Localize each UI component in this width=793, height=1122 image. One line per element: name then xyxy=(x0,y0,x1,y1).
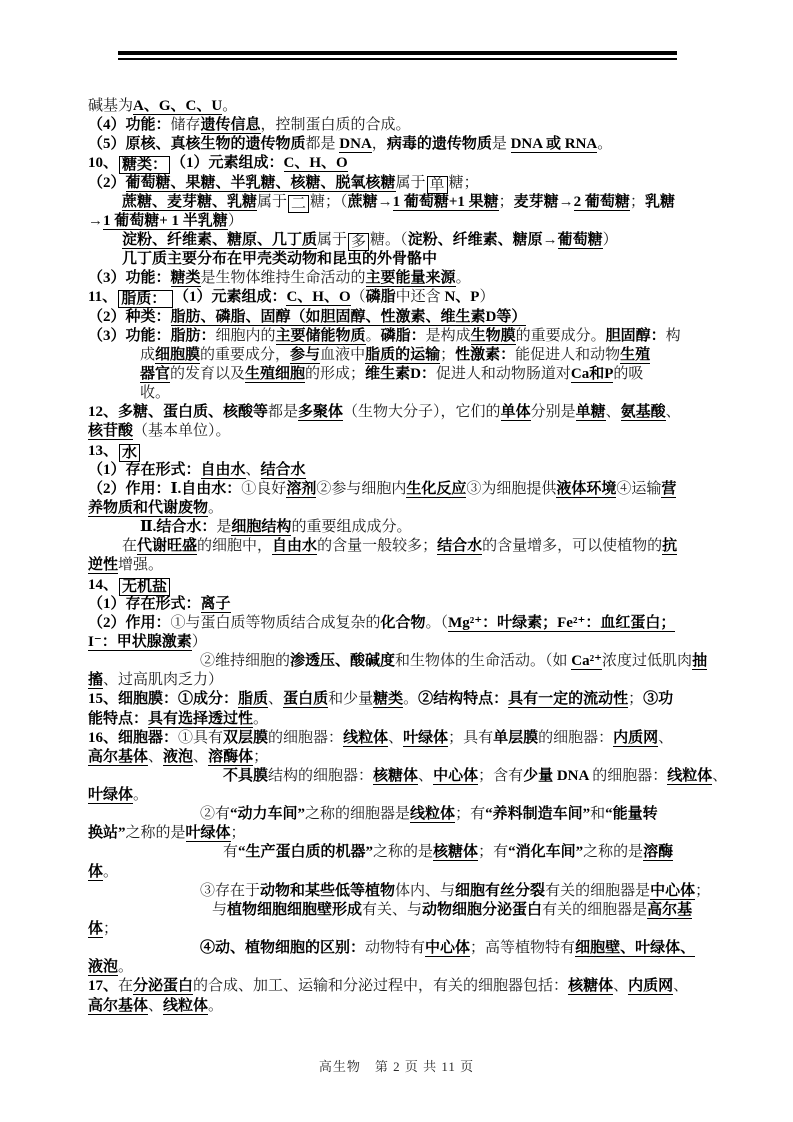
text-segment: 蔗糖 xyxy=(348,194,378,210)
text-segment: ； xyxy=(231,825,246,841)
text-line: ③存在于动物和某些低等植物体内、与细胞有丝分裂有关的细胞器是中心体； xyxy=(88,882,716,901)
text-segment: 的细胞中， xyxy=(197,538,272,554)
text-segment: 生化反应 xyxy=(406,481,466,498)
text-segment: ） xyxy=(192,634,207,650)
text-segment: 单体 xyxy=(501,404,531,421)
text-segment: 生殖细胞 xyxy=(245,366,305,383)
text-segment: ； xyxy=(440,347,455,363)
text-segment: 溶酶 xyxy=(643,844,673,861)
text-segment: （基本单位）。 xyxy=(133,423,231,439)
text-segment: 11、 xyxy=(88,289,117,305)
text-line: 收。 xyxy=(88,384,716,403)
text-segment: 、 xyxy=(148,998,163,1014)
text-segment: 的细胞器： xyxy=(268,730,343,746)
text-segment: ②维持细胞的 xyxy=(200,653,290,669)
text-line: 器官的发育以及生殖细胞的形成；维生素D：促进人和动物肠道对Ca和P的吸 xyxy=(88,365,716,384)
text-line: （2）作用：Ⅰ.自由水：①良好溶剂②参与细胞内生化反应③为细胞提供液体环境④运输… xyxy=(88,480,716,499)
text-segment: 葡萄糖、果糖、半乳糖、核糖、脱氧核糖 xyxy=(126,175,396,192)
text-segment: 13、 xyxy=(88,443,118,459)
text-segment: 维生素D： xyxy=(365,366,436,382)
text-segment: 16、细胞器： xyxy=(88,730,178,746)
text-segment: 是构成 xyxy=(426,328,471,344)
text-segment: 细胞膜 xyxy=(155,347,200,364)
text-segment: 搐 xyxy=(88,672,103,689)
text-segment: 之称的是 xyxy=(373,844,433,860)
text-line: 在代谢旺盛的细胞中，自由水的含量一般较多；结合水的含量增多，可以使植物的抗 xyxy=(88,537,716,556)
text-segment: 动物细胞分泌蛋白 xyxy=(422,902,542,918)
text-segment: 代谢旺盛 xyxy=(137,538,197,555)
text-segment: （3）功能： xyxy=(88,270,171,286)
text-segment: （5） xyxy=(88,136,126,152)
text-segment: ） xyxy=(603,232,618,248)
text-segment: 。 xyxy=(208,500,223,516)
text-segment: 1 葡萄糖+1 果糖 xyxy=(393,194,499,211)
text-segment: 14、 xyxy=(88,577,118,593)
text-segment: 。 xyxy=(253,711,268,727)
text-segment: 体 xyxy=(88,864,103,881)
text-segment: ；具有 xyxy=(448,730,493,746)
text-segment: （2） xyxy=(88,175,126,191)
text-segment: “动力车间” xyxy=(230,806,305,822)
text-segment: 细胞有丝分裂 xyxy=(455,883,545,899)
boxed-term: 二 xyxy=(288,195,309,213)
text-line: 17、在分泌蛋白的合成、加工、运输和分泌过程中，有关的细胞器包括：核糖体、内质网… xyxy=(88,977,716,996)
text-segment: “消化车间” xyxy=(508,844,583,860)
text-segment: 自由水 xyxy=(201,462,246,479)
text-segment: 高尔基体 xyxy=(88,749,148,766)
text-line: 13、水 xyxy=(88,442,716,461)
text-segment: ； xyxy=(103,921,118,937)
text-line: 有“生产蛋白质的机器”之称的是核糖体；有“消化车间”之称的是溶酶 xyxy=(88,843,716,862)
text-segment: 线粒体 xyxy=(163,998,208,1015)
boxed-term: 脂质： xyxy=(118,290,173,308)
text-segment: 养物质和代谢废物 xyxy=(88,500,208,517)
text-segment: ①与蛋白质等物质结合成复杂的 xyxy=(171,615,381,631)
page-footer: 高生物第 2 页 共 11 页 xyxy=(0,1056,793,1075)
text-segment: 的含量一般较多； xyxy=(317,538,437,554)
text-segment: → xyxy=(378,194,393,210)
text-segment: （2）作用： xyxy=(88,481,171,497)
text-line: （4）功能：储存遗传信息，控制蛋白质的合成。 xyxy=(88,116,716,135)
text-segment: 氨基酸 xyxy=(621,404,666,421)
text-segment: “养料制造车间” xyxy=(485,806,590,822)
text-segment: 细胞结构 xyxy=(231,519,291,536)
text-segment: 、 xyxy=(268,691,283,707)
text-segment: 糖； xyxy=(449,175,479,191)
text-segment: 糖类 xyxy=(171,270,201,287)
text-line: （2）作用：①与蛋白质等物质结合成复杂的化合物。（Mg²⁺：叶绿素；Fe²⁺：血… xyxy=(88,614,716,633)
text-segment: 内质网 xyxy=(628,978,673,995)
text-segment: 属于 xyxy=(257,194,287,210)
text-segment: 具有选择透过性 xyxy=(148,711,253,728)
text-segment: 高尔基 xyxy=(647,902,692,919)
text-segment: 叶绿体 xyxy=(403,730,448,747)
text-segment: 叶绿体 xyxy=(88,787,133,804)
text-segment: 结合水 xyxy=(437,538,482,555)
text-segment: 的含量增多，可以使植物的 xyxy=(482,538,662,554)
text-line: 养物质和代谢废物。 xyxy=(88,499,716,518)
text-line: （5）原核、真核生物的遗传物质都是 DNA，病毒的遗传物质是 DNA 或 RNA… xyxy=(88,135,716,154)
text-segment: 麦芽糖 xyxy=(514,194,559,210)
text-segment: 、 xyxy=(712,768,727,784)
text-line: 14、无机盐 xyxy=(88,576,716,595)
text-segment: 具有一定的流动性 xyxy=(508,691,628,708)
boxed-term: 无机盐 xyxy=(119,578,170,596)
text-segment: 的重要成分。 xyxy=(516,328,606,344)
text-segment: 植物细胞细胞壁形成 xyxy=(227,902,362,918)
text-segment: 有关的细胞器是 xyxy=(545,883,650,899)
text-segment: 与 xyxy=(212,902,227,918)
text-segment: 、 xyxy=(418,768,433,784)
text-segment: 抽 xyxy=(692,653,707,670)
text-segment: 病毒的遗传物质 xyxy=(387,136,492,152)
text-segment: 生物膜 xyxy=(471,328,516,345)
text-segment: C、H、O xyxy=(286,289,350,306)
text-segment: Ⅱ.结合水： xyxy=(140,519,216,535)
text-segment: 胆固醇： xyxy=(606,328,666,344)
text-segment: ①良好 xyxy=(241,481,286,497)
text-segment: （ xyxy=(351,289,366,305)
text-segment: （3）功能： xyxy=(88,328,171,344)
text-segment: ④运输 xyxy=(616,481,661,497)
text-segment: 。 xyxy=(208,998,223,1014)
text-segment: 、 xyxy=(673,978,688,994)
text-segment: 。 xyxy=(597,136,612,152)
text-segment: DNA 或 RNA xyxy=(511,136,598,153)
text-segment: 12、多糖、蛋白质、核酸等 xyxy=(88,404,268,420)
text-segment: 脂肪、磷脂、固醇（如胆固醇、性激素、维生素D等） xyxy=(171,309,527,326)
text-segment: （1）存在形式： xyxy=(88,462,201,478)
document-page: 碱基为A、G、C、U。（4）功能：储存遗传信息，控制蛋白质的合成。（5）原核、真… xyxy=(0,0,793,1122)
text-segment: 、 xyxy=(666,404,681,420)
text-segment: 离子 xyxy=(201,596,231,613)
text-segment: 脂肪： xyxy=(171,328,216,344)
text-line: 不具膜结构的细胞器：核糖体、中心体；含有少量 DNA 的细胞器：线粒体、 xyxy=(88,767,716,786)
text-segment: （生物大分子），它们的 xyxy=(343,404,501,420)
text-segment: 体内、与 xyxy=(395,883,455,899)
text-segment: ， xyxy=(372,136,387,152)
text-segment: （1）存在形式： xyxy=(88,596,201,612)
text-line: （2）种类：脂肪、磷脂、固醇（如胆固醇、性激素、维生素D等） xyxy=(88,308,716,327)
text-segment: 在 xyxy=(122,538,137,554)
text-segment: ③存在于 xyxy=(200,883,260,899)
text-segment: 线粒体 xyxy=(410,806,455,823)
text-segment: ；有 xyxy=(455,806,485,822)
text-line: 体； xyxy=(88,920,716,939)
text-segment: 单层膜 xyxy=(493,730,538,746)
text-segment: 营 xyxy=(661,481,676,498)
boxed-term: 糖类： xyxy=(119,156,170,174)
text-line: 几丁质主要分布在甲壳类动物和昆虫的外骨骼中 xyxy=(88,250,716,269)
text-line: 能特点：具有选择透过性。 xyxy=(88,710,716,729)
text-line: （3）功能：糖类是生物体维持生命活动的主要能量来源。 xyxy=(88,269,716,288)
text-segment: 、 xyxy=(388,730,403,746)
text-segment: （2）作用： xyxy=(88,615,171,631)
text-segment: → xyxy=(559,194,574,210)
text-segment: 。 xyxy=(366,328,381,344)
text-segment: 脂质的运输 xyxy=(365,347,440,364)
text-segment: 是 xyxy=(216,519,231,535)
text-segment: 动物和某些低等植物 xyxy=(260,883,395,899)
text-segment: C、H、O xyxy=(284,155,348,172)
text-segment: Ⅰ.自由水： xyxy=(171,481,242,497)
text-segment: 逆性 xyxy=(88,557,118,574)
text-segment: 。 xyxy=(118,959,133,975)
text-segment: 1 葡萄糖+ 1 半乳糖 xyxy=(103,213,228,230)
text-segment: 血液中 xyxy=(320,347,365,363)
text-segment: 有关、与 xyxy=(362,902,422,918)
text-segment: 的重要组成成分。 xyxy=(291,519,411,535)
text-segment: 体 xyxy=(88,921,103,938)
text-segment: 几丁质主要分布在甲壳类动物和昆虫的外骨骼中 xyxy=(122,251,437,267)
text-segment: 的合成、加工、运输和分泌过程中，有关的细胞器包括： xyxy=(193,978,568,994)
text-segment: “生产蛋白质的机器” xyxy=(238,844,373,860)
text-segment: 蔗糖、麦芽糖、乳糖 xyxy=(122,194,257,211)
text-line: 10、糖类：（1）元素组成：C、H、O xyxy=(88,154,716,173)
text-segment: 有关的细胞器是 xyxy=(542,902,647,918)
text-segment: ； xyxy=(630,194,645,210)
text-segment: 中心体 xyxy=(650,883,695,900)
text-segment: 细胞壁、叶绿体、 xyxy=(575,940,695,957)
text-segment: 双层膜 xyxy=(223,730,268,746)
text-segment: 原核、真核生物的遗传物质 xyxy=(126,136,306,152)
text-segment: 碱基为 xyxy=(88,98,133,114)
text-segment: 浓度过低肌肉 xyxy=(602,653,692,669)
text-segment: ②参与细胞内 xyxy=(316,481,406,497)
text-line: （1）存在形式：离子 xyxy=(88,595,716,614)
text-segment: 主要能量来源 xyxy=(366,270,456,287)
text-segment: 核糖体 xyxy=(373,768,418,785)
text-segment: 渗透压、酸碱度 xyxy=(290,653,395,669)
header-rule xyxy=(118,51,677,60)
text-segment: ①具有 xyxy=(178,730,223,746)
text-segment: ； xyxy=(253,749,268,765)
text-segment: 乳糖 xyxy=(645,194,675,210)
text-segment: 的吸 xyxy=(613,366,643,382)
text-segment: 、 xyxy=(658,730,673,746)
text-segment: 少量 DNA xyxy=(523,768,592,784)
text-segment: 抗 xyxy=(662,538,677,555)
text-line: 11、脂质： （1）元素组成：C、H、O（磷脂中还含 N、P） xyxy=(88,288,716,307)
text-segment: 细胞内的 xyxy=(216,328,276,344)
text-segment: 是 xyxy=(492,136,511,152)
text-segment: ③为细胞提供 xyxy=(466,481,556,497)
text-segment: A、G、C、U xyxy=(133,98,222,115)
text-segment: 的发育以及 xyxy=(170,366,245,382)
text-segment: 核糖体 xyxy=(433,844,478,861)
document-body: 碱基为A、G、C、U。（4）功能：储存遗传信息，控制蛋白质的合成。（5）原核、真… xyxy=(88,97,716,1016)
text-segment: 促进人和动物肠道对 xyxy=(436,366,571,382)
text-segment: 之称的细胞器是 xyxy=(305,806,410,822)
text-segment: ；有 xyxy=(478,844,508,860)
boxed-term: 单 xyxy=(427,176,448,194)
text-segment: 核苷酸 xyxy=(88,423,133,440)
text-segment: 能特点： xyxy=(88,711,148,727)
text-segment: 收。 xyxy=(140,385,170,401)
text-segment: 分别是 xyxy=(531,404,576,420)
text-line: （3）功能：脂肪：细胞内的主要储能物质。磷脂：是构成生物膜的重要成分。胆固醇：构 xyxy=(88,327,716,346)
text-segment: 液泡 xyxy=(88,959,118,976)
text-segment: ③功 xyxy=(643,691,673,707)
text-line: 淀粉、纤维素、糖原、几丁质属于多糖。（淀粉、纤维素、糖原→葡萄糖） xyxy=(88,231,716,250)
text-segment: 内质网 xyxy=(613,730,658,747)
text-segment: I⁻：甲状腺激素 xyxy=(88,634,192,651)
text-segment: 中心体 xyxy=(433,768,478,785)
text-segment: 储存 xyxy=(171,117,201,133)
text-segment: 单糖 xyxy=(576,404,606,421)
text-segment: 叶绿体 xyxy=(186,825,231,842)
text-segment: 糖类 xyxy=(373,691,403,708)
text-line: 蔗糖、麦芽糖、乳糖属于二糖；（蔗糖→1 葡萄糖+1 果糖；麦芽糖→2 葡萄糖；乳… xyxy=(88,193,716,212)
text-line: ②有“动力车间”之称的细胞器是线粒体；有“养料制造车间”和“能量转 xyxy=(88,805,716,824)
text-line: 液泡。 xyxy=(88,958,716,977)
text-line: 搐、过高肌肉乏力） xyxy=(88,671,716,690)
text-segment: （1）元素组成： xyxy=(174,289,287,305)
boxed-term: 水 xyxy=(119,444,140,462)
text-segment: 蛋白质 xyxy=(283,691,328,708)
text-segment: ；含有 xyxy=(478,768,523,784)
text-line: 15、细胞膜：①成分：脂质、蛋白质和少量糖类。②结构特点：具有一定的流动性；③功 xyxy=(88,690,716,709)
text-segment: 都是 xyxy=(306,136,340,152)
text-segment: 自由水 xyxy=(272,538,317,555)
text-segment: 在 xyxy=(118,978,133,994)
text-segment: ②有 xyxy=(200,806,230,822)
text-line: 叶绿体。 xyxy=(88,786,716,805)
text-line: 换站”之称的是叶绿体； xyxy=(88,824,716,843)
text-segment: 分泌蛋白 xyxy=(133,978,193,995)
text-segment: 、 xyxy=(606,404,621,420)
text-line: （2）葡萄糖、果糖、半乳糖、核糖、脱氧核糖属于单糖； xyxy=(88,174,716,193)
text-line: 12、多糖、蛋白质、核酸等都是多聚体（生物大分子），它们的单体分别是单糖、氨基酸… xyxy=(88,403,716,422)
text-segment: 属于 xyxy=(317,232,347,248)
text-segment: 15、细胞膜： xyxy=(88,691,178,707)
text-segment: ；高等植物特有 xyxy=(470,940,575,956)
text-segment: → xyxy=(88,213,103,229)
text-segment: 的重要成分， xyxy=(200,347,290,363)
text-segment: 动物特有 xyxy=(365,940,425,956)
text-segment: 中还含 xyxy=(396,289,445,305)
text-segment: 之称的是 xyxy=(126,825,186,841)
text-segment: （1）元素组成： xyxy=(171,155,284,171)
text-segment: 、 xyxy=(613,978,628,994)
text-line: 高尔基体、液泡、溶酶体； xyxy=(88,748,716,767)
text-segment: 。 xyxy=(403,691,418,707)
text-segment: 的细胞器： xyxy=(592,768,667,784)
text-segment: 核糖体 xyxy=(568,978,613,995)
text-line: I⁻：甲状腺激素） xyxy=(88,633,716,652)
text-segment: 构 xyxy=(666,328,681,344)
text-segment: 溶酶体 xyxy=(208,749,253,766)
text-segment: 线粒体 xyxy=(667,768,712,785)
text-segment: 、 xyxy=(148,749,163,765)
text-segment: 器官 xyxy=(140,366,170,383)
text-segment: 的形成； xyxy=(305,366,365,382)
text-segment: DNA xyxy=(339,136,372,153)
text-segment: 液泡 xyxy=(163,749,193,766)
text-line: 与植物细胞细胞壁形成有关、与动物细胞分泌蛋白有关的细胞器是高尔基 xyxy=(88,901,716,920)
text-segment: 、 xyxy=(246,462,261,478)
text-segment: ； xyxy=(499,194,514,210)
text-segment: ④动、植物细胞的区别： xyxy=(200,940,365,956)
text-segment: 液体环境 xyxy=(556,481,616,498)
text-segment: 高尔基体 xyxy=(88,998,148,1015)
text-segment: 是生物体维持生命活动的 xyxy=(201,270,366,286)
text-segment: 溶剂 xyxy=(286,481,316,498)
text-segment: 葡萄糖 xyxy=(558,232,603,249)
text-line: 高尔基体、线粒体。 xyxy=(88,997,716,1016)
text-segment: 增强。 xyxy=(118,557,163,573)
text-line: 16、细胞器：①具有双层膜的细胞器：线粒体、叶绿体；具有单层膜的细胞器：内质网、 xyxy=(88,729,716,748)
text-segment: 有 xyxy=(223,844,238,860)
text-segment: （4）功能： xyxy=(88,117,171,133)
text-segment: 不具膜 xyxy=(223,768,268,784)
text-segment: 和少量 xyxy=(328,691,373,707)
text-segment: 和生物体的生命活动。（如 xyxy=(395,653,571,669)
text-segment: 遗传信息 xyxy=(201,117,261,134)
text-segment: 2 葡萄糖 xyxy=(574,194,630,211)
footer-page-info: 第 2 页 共 11 页 xyxy=(375,1059,474,1074)
text-segment: 、过高肌肉乏力） xyxy=(103,672,223,688)
footer-doc-label: 高生物 xyxy=(319,1059,361,1074)
text-line: 核苷酸（基本单位）。 xyxy=(88,422,716,441)
text-segment: 10、 xyxy=(88,155,118,171)
text-segment: （2）种类： xyxy=(88,309,171,325)
text-segment: 之称的是 xyxy=(583,844,643,860)
text-segment: 磷脂 xyxy=(366,289,396,305)
text-line: ④动、植物细胞的区别：动物特有中心体；高等植物特有细胞壁、叶绿体、 xyxy=(88,939,716,958)
boxed-term: 多 xyxy=(348,233,369,251)
text-segment: 磷脂： xyxy=(381,328,426,344)
text-segment: 多聚体 xyxy=(298,404,343,421)
text-segment: 糖；（ xyxy=(310,194,348,210)
text-segment: 。 xyxy=(222,98,237,114)
text-segment: ，控制蛋白质的合成。 xyxy=(261,117,411,133)
text-segment: 结构的细胞器： xyxy=(268,768,373,784)
text-segment: 生殖 xyxy=(620,347,650,364)
text-segment: 的细胞器： xyxy=(538,730,613,746)
text-segment: ； xyxy=(628,691,643,707)
text-segment: 脂质 xyxy=(238,691,268,708)
text-segment: 性激素： xyxy=(455,347,515,363)
text-segment: 、 xyxy=(193,749,208,765)
text-segment: 都是 xyxy=(268,404,298,420)
text-line: （1）存在形式：自由水、结合水 xyxy=(88,461,716,480)
text-segment: ； xyxy=(695,883,710,899)
text-segment: 换站” xyxy=(88,825,126,841)
text-segment: ） xyxy=(228,213,243,229)
text-segment: 中心体 xyxy=(425,940,470,957)
text-segment: 。（ xyxy=(426,615,449,631)
text-line: →1 葡萄糖+ 1 半乳糖） xyxy=(88,212,716,231)
text-segment: 17、 xyxy=(88,978,118,994)
text-segment: 糖。（ xyxy=(370,232,408,248)
text-segment: ） xyxy=(479,289,494,305)
text-segment: 成 xyxy=(140,347,155,363)
text-segment: 参与 xyxy=(290,347,320,364)
text-segment: Ca²⁺ xyxy=(571,653,602,670)
text-segment: 线粒体 xyxy=(343,730,388,747)
text-segment: 属于 xyxy=(396,175,426,191)
text-line: 逆性增强。 xyxy=(88,556,716,575)
text-segment: 。 xyxy=(103,864,118,880)
text-line: 体。 xyxy=(88,863,716,882)
text-segment: Mg²⁺：叶绿素；Fe²⁺：血红蛋白； xyxy=(448,615,675,632)
text-segment: N、P xyxy=(444,289,479,305)
text-line: Ⅱ.结合水：是细胞结构的重要组成成分。 xyxy=(88,518,716,537)
text-segment: 淀粉、纤维素、糖原、几丁质 xyxy=(122,232,317,249)
text-segment: ②结构特点： xyxy=(418,691,508,707)
text-segment: “能量转 xyxy=(605,806,658,822)
